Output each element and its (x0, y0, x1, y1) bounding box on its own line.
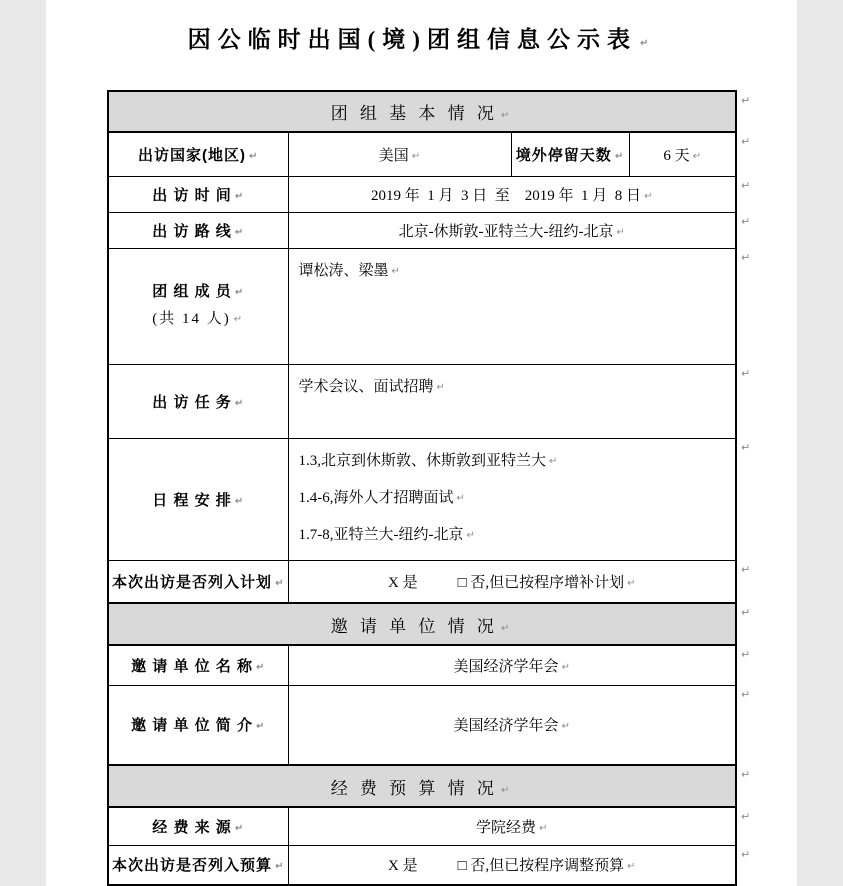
row-end-mark-icon: ↵ (741, 252, 750, 263)
page-title: 因公临时出国(境)团组信息公示表↵ (46, 0, 797, 58)
time-label: 出 访 时 间↵ (152, 187, 244, 204)
invite-intro-label-cell: 邀 请 单 位 简 介↵ (108, 685, 288, 765)
row-time: 出 访 时 间↵ 2019 年 1 月 3 日 至 2019 年 1 月 8 日… (108, 176, 736, 212)
members-label-cell: 团 组 成 员↵ (共 14 人)↵ (108, 248, 288, 364)
row-end-mark-icon: ↵ (741, 689, 750, 700)
paragraph-mark-icon: ↵ (234, 314, 244, 325)
paragraph-mark-icon: ↵ (437, 382, 445, 393)
row-schedule: 日 程 安 排↵ 1.3,北京到休斯敦、休斯敦到亚特兰大↵ 1.4-6,海外人才… (108, 438, 736, 560)
document-page: 因公临时出国(境)团组信息公示表↵ 团 组 基 本 情 况↵ 出访国家(地区)↵… (46, 0, 797, 886)
schedule-label-cell: 日 程 安 排↵ (108, 438, 288, 560)
in-budget-label-cell: 本次出访是否列入预算↵ (108, 845, 288, 885)
in-plan-value-cell: X 是 □ 否,但已按程序增补计划↵ (288, 560, 736, 603)
row-invite-name: 邀 请 单 位 名 称↵ 美国经济学年会↵ (108, 645, 736, 685)
paragraph-mark-icon: ↵ (539, 823, 547, 834)
row-route: 出 访 路 线↵ 北京-休斯敦-亚特兰大-纽约-北京↵ (108, 212, 736, 248)
in-budget-label: 本次出访是否列入预算↵ (112, 857, 284, 874)
in-budget-value-cell: X 是 □ 否,但已按程序调整预算↵ (288, 845, 736, 885)
in-budget-no-option[interactable]: □ 否,但已按程序调整预算↵ (458, 854, 636, 875)
invite-name-label-cell: 邀 请 单 位 名 称↵ (108, 645, 288, 685)
invite-name-value: 美国经济学年会↵ (454, 659, 570, 675)
days-value: 6 天↵ (663, 148, 701, 164)
paragraph-mark-icon: ↵ (693, 151, 701, 162)
days-label-cell: 境外停留天数↵ (511, 132, 629, 176)
form-table: 团 组 基 本 情 况↵ 出访国家(地区)↵ 美国↵ 境外停留天数↵ 6 天↵ … (107, 90, 737, 886)
paragraph-mark-icon: ↵ (235, 823, 244, 834)
schedule-line: 1.4-6,海外人才招聘面试↵ (299, 486, 726, 507)
fund-source-value-cell[interactable]: 学院经费↵ (288, 807, 736, 845)
paragraph-mark-icon: ↵ (644, 191, 652, 202)
row-end-mark-icon: ↵ (741, 849, 750, 860)
section-title-invite: 邀 请 单 位 情 况↵ (331, 617, 514, 636)
document-canvas: { "title": "因公临时出国(境)团组信息公示表", "marks": … (0, 0, 843, 886)
row-in-budget: 本次出访是否列入预算↵ X 是 □ 否,但已按程序调整预算↵ (108, 845, 736, 885)
row-end-mark-icon: ↵ (741, 649, 750, 660)
section-title-basic: 团 组 基 本 情 况↵ (331, 104, 514, 123)
members-label: 团 组 成 员↵ (109, 279, 288, 306)
row-end-mark-icon: ↵ (741, 95, 750, 106)
invite-name-value-cell[interactable]: 美国经济学年会↵ (288, 645, 736, 685)
route-value-cell[interactable]: 北京-休斯敦-亚特兰大-纽约-北京↵ (288, 212, 736, 248)
task-label: 出 访 任 务↵ (152, 394, 244, 411)
invite-intro-label: 邀 请 单 位 简 介↵ (131, 717, 265, 734)
paragraph-mark-icon: ↵ (392, 266, 400, 277)
route-value: 北京-休斯敦-亚特兰大-纽约-北京↵ (399, 224, 625, 240)
row-end-mark-icon: ↵ (741, 442, 750, 453)
paragraph-mark-icon: ↵ (256, 662, 265, 673)
section-header-invite: 邀 请 单 位 情 况↵ (108, 603, 736, 645)
country-value: 美国↵ (379, 148, 420, 164)
row-end-mark-icon: ↵ (741, 564, 750, 575)
paragraph-mark-icon: ↵ (235, 398, 244, 409)
paragraph-mark-icon: ↵ (275, 861, 284, 872)
page-title-text: 因公临时出国(境)团组信息公示表↵ (188, 27, 656, 52)
paragraph-mark-icon: ↵ (562, 721, 570, 732)
row-members: 团 组 成 员↵ (共 14 人)↵ 谭松涛、梁墨↵ (108, 248, 736, 364)
schedule-line: 1.7-8,亚特兰大-纽约-北京↵ (299, 523, 726, 544)
days-value-cell[interactable]: 6 天↵ (629, 132, 736, 176)
country-label-cell: 出访国家(地区)↵ (108, 132, 288, 176)
in-plan-label: 本次出访是否列入计划↵ (112, 574, 284, 591)
days-label: 境外停留天数↵ (516, 147, 624, 164)
row-end-mark-icon: ↵ (741, 136, 750, 147)
paragraph-mark-icon: ↵ (235, 496, 244, 507)
paragraph-mark-icon: ↵ (457, 493, 465, 504)
paragraph-mark-icon: ↵ (627, 861, 635, 872)
row-task: 出 访 任 务↵ 学术会议、面试招聘↵ (108, 364, 736, 438)
row-end-mark-icon: ↵ (741, 607, 750, 618)
row-end-mark-icon: ↵ (741, 811, 750, 822)
time-value-cell[interactable]: 2019 年 1 月 3 日 至 2019 年 1 月 8 日↵ (288, 176, 736, 212)
schedule-label: 日 程 安 排↵ (152, 492, 244, 509)
paragraph-mark-icon: ↵ (615, 151, 624, 162)
row-end-mark-icon: ↵ (741, 769, 750, 780)
fund-source-label-cell: 经 费 来 源↵ (108, 807, 288, 845)
time-label-cell: 出 访 时 间↵ (108, 176, 288, 212)
route-label: 出 访 路 线↵ (152, 223, 244, 240)
members-value: 谭松涛、梁墨↵ (299, 263, 400, 279)
paragraph-mark-icon: ↵ (549, 456, 557, 467)
paragraph-mark-icon: ↵ (501, 623, 513, 634)
in-budget-yes-option[interactable]: X 是 (388, 854, 418, 875)
paragraph-mark-icon: ↵ (275, 578, 284, 589)
paragraph-mark-icon: ↵ (501, 110, 513, 121)
in-plan-no-option[interactable]: □ 否,但已按程序增补计划↵ (458, 571, 636, 592)
paragraph-mark-icon: ↵ (235, 227, 244, 238)
paragraph-mark-icon: ↵ (501, 785, 513, 796)
invite-intro-value-cell[interactable]: 美国经济学年会↵ (288, 685, 736, 765)
paragraph-mark-icon: ↵ (467, 530, 475, 541)
task-value: 学术会议、面试招聘↵ (299, 379, 445, 395)
paragraph-mark-icon: ↵ (562, 662, 570, 673)
paragraph-mark-icon: ↵ (627, 578, 635, 589)
paragraph-mark-icon: ↵ (412, 151, 420, 162)
row-invite-intro: 邀 请 单 位 简 介↵ 美国经济学年会↵ (108, 685, 736, 765)
section-header-budget: 经 费 预 算 情 况↵ (108, 765, 736, 807)
invite-intro-value: 美国经济学年会↵ (454, 718, 570, 734)
task-value-cell[interactable]: 学术会议、面试招聘↵ (288, 364, 736, 438)
fund-source-value: 学院经费↵ (476, 820, 547, 836)
in-plan-yes-option[interactable]: X 是 (388, 571, 418, 592)
in-plan-label-cell: 本次出访是否列入计划↵ (108, 560, 288, 603)
row-end-mark-icon: ↵ (741, 180, 750, 191)
country-label: 出访国家(地区)↵ (138, 147, 258, 164)
country-value-cell[interactable]: 美国↵ (288, 132, 511, 176)
paragraph-mark-icon: ↵ (640, 38, 655, 49)
row-in-plan: 本次出访是否列入计划↵ X 是 □ 否,但已按程序增补计划↵ (108, 560, 736, 603)
row-fund-source: 经 费 来 源↵ 学院经费↵ (108, 807, 736, 845)
invite-name-label: 邀 请 单 位 名 称↵ (131, 658, 265, 675)
time-value: 2019 年 1 月 3 日 至 2019 年 1 月 8 日↵ (371, 188, 652, 204)
section-title-budget: 经 费 预 算 情 况↵ (331, 779, 514, 798)
route-label-cell: 出 访 路 线↵ (108, 212, 288, 248)
fund-source-label: 经 费 来 源↵ (152, 819, 244, 836)
paragraph-mark-icon: ↵ (235, 287, 244, 298)
row-end-mark-icon: ↵ (741, 368, 750, 379)
section-header-basic: 团 组 基 本 情 况↵ (108, 91, 736, 132)
schedule-value-cell[interactable]: 1.3,北京到休斯敦、休斯敦到亚特兰大↵ 1.4-6,海外人才招聘面试↵ 1.7… (288, 438, 736, 560)
members-value-cell[interactable]: 谭松涛、梁墨↵ (288, 248, 736, 364)
row-country: 出访国家(地区)↵ 美国↵ 境外停留天数↵ 6 天↵ (108, 132, 736, 176)
schedule-line: 1.3,北京到休斯敦、休斯敦到亚特兰大↵ (299, 449, 726, 470)
paragraph-mark-icon: ↵ (256, 721, 265, 732)
paragraph-mark-icon: ↵ (617, 227, 625, 238)
paragraph-mark-icon: ↵ (235, 191, 244, 202)
task-label-cell: 出 访 任 务↵ (108, 364, 288, 438)
members-count-label: (共 14 人)↵ (109, 306, 288, 333)
paragraph-mark-icon: ↵ (249, 151, 258, 162)
row-end-mark-icon: ↵ (741, 216, 750, 227)
